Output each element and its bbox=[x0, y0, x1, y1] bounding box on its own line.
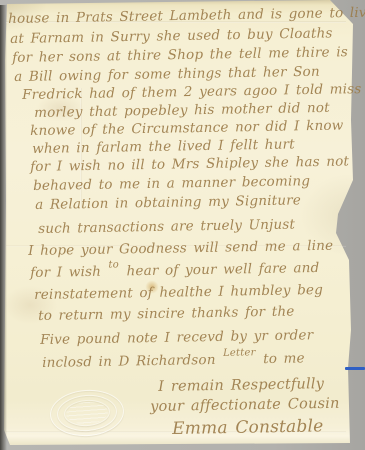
letter-line-1: house in Prats Street Lambeth and is gon… bbox=[8, 5, 365, 27]
letter-line-12: such transactions are truely Unjust bbox=[38, 217, 295, 237]
line-text: Emma Constable bbox=[172, 416, 324, 439]
closing-line-2: your affectionate Cousin bbox=[150, 396, 340, 415]
inserted-word: to bbox=[108, 259, 119, 270]
letter-line-18: inclosd in D Richardson Letter to me bbox=[42, 350, 305, 371]
line-text: to me bbox=[256, 350, 304, 367]
letter-line-8: when in farlam the lived I fellt hurt bbox=[32, 136, 295, 157]
line-text: your affectionate Cousin bbox=[150, 396, 340, 415]
letter-line-11: a Relation in obtaining my Signiture bbox=[35, 192, 301, 213]
letter-line-9: for I wish no ill to Mrs Shipley she has… bbox=[30, 153, 349, 175]
letter-photo: house in Prats Street Lambeth and is gon… bbox=[0, 0, 365, 450]
letter-line-16: to return my sincire thanks for the bbox=[38, 304, 295, 324]
line-text: such transactions are truely Unjust bbox=[38, 217, 295, 237]
letter-line-15: reinstatement of healthe I humbley beg bbox=[34, 282, 323, 303]
line-text: inclosd in D Richardson bbox=[42, 352, 222, 371]
letter-text: house in Prats Street Lambeth and is gon… bbox=[0, 0, 365, 450]
line-text: for I wish bbox=[30, 264, 108, 281]
closing-line-1: I remain Respectfully bbox=[158, 376, 324, 395]
letter-line-17: Five pound note I recevd by yr order bbox=[40, 327, 313, 348]
line-text: hear of your well fare and bbox=[120, 260, 320, 279]
letter-line-10: behaved to me in a manner becoming bbox=[33, 173, 310, 194]
line-text: when in farlam the lived I fellt hurt bbox=[32, 136, 295, 157]
line-text: for her sons at thire Shop the tell me t… bbox=[12, 44, 348, 66]
letter-line-13: I hope your Goodness will send me a line bbox=[28, 238, 333, 259]
line-text: for I wish no ill to Mrs Shipley she has… bbox=[30, 153, 349, 175]
inserted-word: Letter bbox=[223, 347, 256, 359]
line-text: reinstatement of healthe I humbley beg bbox=[34, 282, 323, 303]
letter-line-14: for I wish to hear of your well fare and bbox=[30, 260, 320, 281]
signature: Emma Constable bbox=[172, 416, 324, 439]
line-text: knowe of the Circumstance nor did I know bbox=[30, 118, 344, 139]
letter-line-3: for her sons at thire Shop the tell me t… bbox=[12, 44, 348, 66]
line-text: to return my sincire thanks for the bbox=[38, 304, 295, 324]
line-text: I remain Respectfully bbox=[158, 376, 324, 395]
letter-line-2: at Farnam in Surry she used to buy Cloat… bbox=[10, 25, 333, 47]
line-text: house in Prats Street Lambeth and is gon… bbox=[8, 5, 365, 27]
line-text: a Relation in obtaining my Signiture bbox=[35, 192, 301, 213]
line-text: I hope your Goodness will send me a line bbox=[28, 238, 333, 259]
line-text: at Farnam in Surry she used to buy Cloat… bbox=[10, 25, 333, 47]
letter-line-7: knowe of the Circumstance nor did I know bbox=[30, 118, 344, 139]
line-text: Five pound note I recevd by yr order bbox=[40, 327, 313, 348]
blue-mark bbox=[345, 367, 365, 370]
line-text: behaved to me in a manner becoming bbox=[33, 173, 310, 194]
